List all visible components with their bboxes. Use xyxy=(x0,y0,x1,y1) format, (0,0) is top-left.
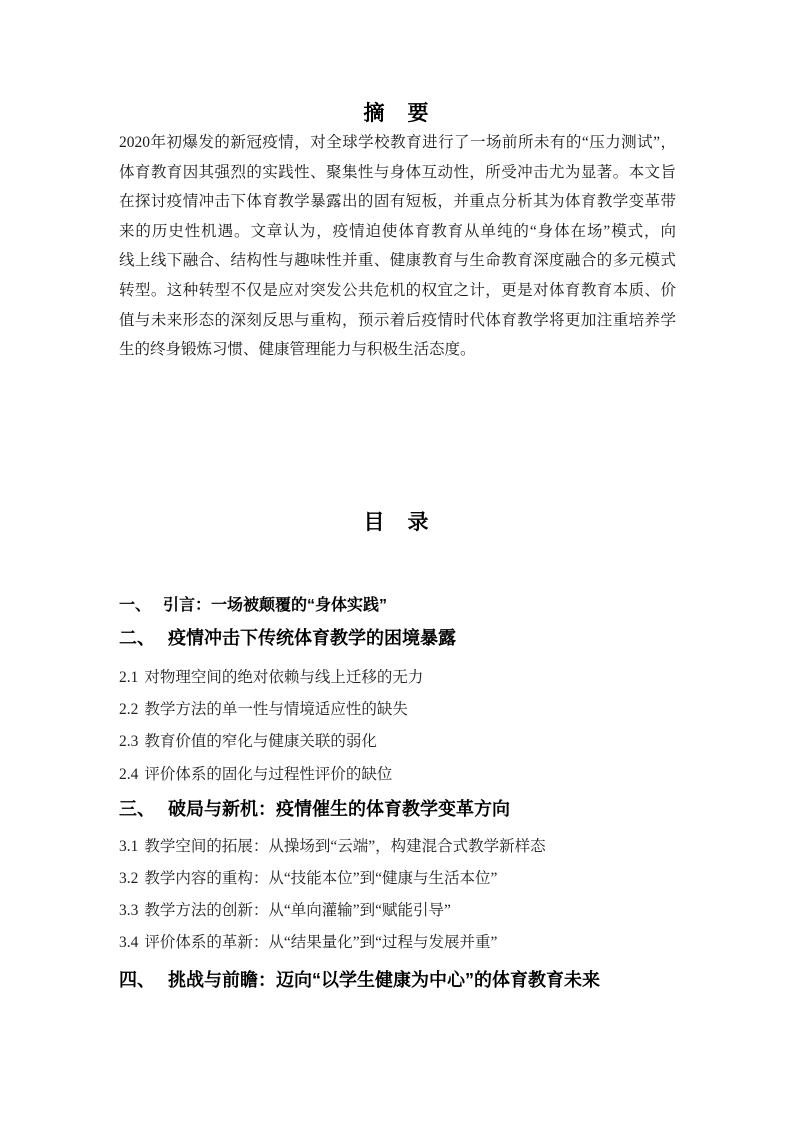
toc-item-label: 破局与新机：疫情催生的体育教学变革方向 xyxy=(168,799,510,819)
toc-item-section-2-3: 2.3教育价值的窄化与健康关联的弱化 xyxy=(119,731,377,752)
toc-item-label: 引言：一场被颠覆的“身体实践” xyxy=(163,597,387,614)
toc-item-number: 2.4 xyxy=(119,766,138,783)
toc-item-number: 二、 xyxy=(119,628,155,648)
abstract-line: 线上线下融合、结构性与趣味性并重、健康教育与生命教育深度融合的多元模式 xyxy=(119,246,676,276)
abstract-line: 来的历史性机遇。文章认为，疫情迫使体育教育从单纯的“身体在场”模式，向 xyxy=(119,217,676,247)
abstract-line: 2020年初爆发的新冠疫情，对全球学校教育进行了一场前所未有的“压力测试”， xyxy=(119,128,676,158)
toc-item-number: 3.3 xyxy=(119,902,138,919)
toc-item-label: 评价体系的革新：从“结果量化”到“过程与发展并重” xyxy=(144,934,497,951)
toc-item-label: 对物理空间的绝对依赖与线上迁移的无力 xyxy=(144,669,423,686)
toc-item-section-3-4: 3.4评价体系的革新：从“结果量化”到“过程与发展并重” xyxy=(119,932,497,953)
toc-item-label: 教学方法的单一性与情境适应性的缺失 xyxy=(144,701,408,718)
abstract-line: 值与未来形态的深刻反思与重构，预示着后疫情时代体育教学将更加注重培养学 xyxy=(119,306,676,336)
document-page: 摘 要 2020年初爆发的新冠疫情，对全球学校教育进行了一场前所未有的“压力测试… xyxy=(0,0,793,1122)
toc-item-label: 教育价值的窄化与健康关联的弱化 xyxy=(144,733,377,750)
abstract-line: 体育教育因其强烈的实践性、聚集性与身体互动性，所受冲击尤为显著。本文旨 xyxy=(119,158,676,188)
abstract-line: 转型。这种转型不仅是应对突发公共危机的权宜之计，更是对体育教育本质、价 xyxy=(119,276,676,306)
toc-item-number: 3.1 xyxy=(119,838,138,855)
toc-item-section-3-1: 3.1教学空间的拓展：从操场到“云端”，构建混合式教学新样态 xyxy=(119,836,546,857)
toc-item-label: 教学内容的重构：从“技能本位”到“健康与生活本位” xyxy=(144,870,497,887)
toc-item-number: 2.1 xyxy=(119,669,138,686)
toc-item-label: 评价体系的固化与过程性评价的缺位 xyxy=(144,766,392,783)
abstract-line: 在探讨疫情冲击下体育教学暴露出的固有短板，并重点分析其为体育教学变革带 xyxy=(119,187,676,217)
toc-item-number: 四、 xyxy=(119,970,155,990)
toc-item-chapter-2: 二、疫情冲击下传统体育教学的困境暴露 xyxy=(119,626,456,650)
toc-item-chapter-4: 四、挑战与前瞻：迈向“以学生健康为中心”的体育教育未来 xyxy=(119,968,600,992)
toc-item-section-2-2: 2.2教学方法的单一性与情境适应性的缺失 xyxy=(119,699,408,720)
toc-item-label: 教学空间的拓展：从操场到“云端”，构建混合式教学新样态 xyxy=(144,838,545,855)
toc-item-number: 3.4 xyxy=(119,934,138,951)
toc-item-number: 2.2 xyxy=(119,701,138,718)
toc-item-label: 教学方法的创新：从“单向灌输”到“赋能引导” xyxy=(144,902,451,919)
toc-item-section-2-4: 2.4评价体系的固化与过程性评价的缺位 xyxy=(119,764,392,785)
toc-item-number: 2.3 xyxy=(119,733,138,750)
toc-item-label: 挑战与前瞻：迈向“以学生健康为中心”的体育教育未来 xyxy=(168,970,600,990)
toc-item-number: 三、 xyxy=(119,799,155,819)
toc-item-chapter-3: 三、破局与新机：疫情催生的体育教学变革方向 xyxy=(119,797,510,821)
toc-item-number: 3.2 xyxy=(119,870,138,887)
toc-item-number: 一、 xyxy=(119,597,151,614)
toc-item-section-3-2: 3.2教学内容的重构：从“技能本位”到“健康与生活本位” xyxy=(119,868,497,889)
toc-item-section-2-1: 2.1对物理空间的绝对依赖与线上迁移的无力 xyxy=(119,667,423,688)
toc-item-label: 疫情冲击下传统体育教学的困境暴露 xyxy=(168,628,456,648)
abstract-line: 生的终身锻炼习惯、健康管理能力与积极生活态度。 xyxy=(119,335,676,365)
abstract-title: 摘 要 xyxy=(0,100,793,127)
abstract-paragraph: 2020年初爆发的新冠疫情，对全球学校教育进行了一场前所未有的“压力测试”， 体… xyxy=(119,128,676,365)
toc-title: 目 录 xyxy=(0,509,793,536)
toc-item-section-3-3: 3.3教学方法的创新：从“单向灌输”到“赋能引导” xyxy=(119,900,451,921)
toc-item-intro: 一、引言：一场被颠覆的“身体实践” xyxy=(119,595,387,616)
